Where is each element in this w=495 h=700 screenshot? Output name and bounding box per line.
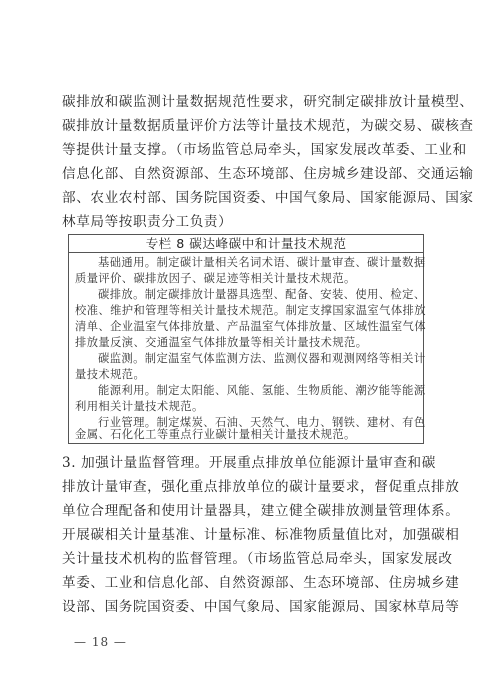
box-text-line: 排放量反演、交通温室气体排放量等相关计量技术规范。 xyxy=(75,336,420,350)
body-text-line: 部、农业农村部、国务院国资委、中国气象局、国家能源局、国家 xyxy=(62,190,434,206)
body-text-line: 碳排放计量数据质量评价方法等计量技术规范，为碳交易、碳核查 xyxy=(62,118,434,134)
box-text-line: 量技术规范。 xyxy=(75,368,420,382)
document-page: 碳排放和碳监测计量数据规范性要求，研究制定碳排放计量模型、 碳排放计量数据质量评… xyxy=(0,0,495,700)
box-text-line: 能源利用。制定太阳能、风能、氢能、生物质能、潮汐能等能源 xyxy=(75,384,443,398)
body-text-line: 等提供计量支撑。（市场监管总局牵头，国家发展改革委、工业和 xyxy=(62,142,434,158)
box-text-line: 碳监测。制定温室气体监测方法、监测仪器和观测网络等相关计 xyxy=(75,352,443,366)
box-text-line: 利用相关计量技术规范。 xyxy=(75,400,420,414)
box-text-line: 基础通用。制定碳计量相关名词术语、碳计量审查、碳计量数据 xyxy=(75,256,443,270)
body-text-line: 3. 加强计量监督管理。开展重点排放单位能源计量审查和碳 xyxy=(62,455,434,471)
box-text-line: 金属、石化化工等重点行业碳计量相关计量技术规范。 xyxy=(75,428,420,442)
body-text-line: 单位合理配备和使用计量器具，建立健全碳排放测量管理体系。 xyxy=(62,503,434,519)
sidebar-box-column-8: 专栏 8 碳达峰碳中和计量技术规范 基础通用。制定碳计量相关名词术语、碳计量审查… xyxy=(68,234,424,444)
box-text-line: 质量评价、碳排放因子、碳足迹等相关计量技术规范。 xyxy=(75,272,420,286)
box-text-line: 碳排放。制定碳排放计量器具选型、配备、安装、使用、检定、 xyxy=(75,288,443,302)
body-text-line: 革委、工业和信息化部、自然资源部、生态环境部、住房城乡建 xyxy=(62,575,434,591)
page-number: — 18 — xyxy=(74,635,127,649)
box-text-line: 清单、企业温室气体排放量、产品温室气体排放量、区域性温室气体 xyxy=(75,320,420,334)
box-text-line: 校准、维护和管理等相关计量技术规范。制定支撑国家温室气体排放 xyxy=(75,304,420,318)
body-text-line: 设部、国务院国资委、中国气象局、国家能源局、国家林草局等 xyxy=(62,599,434,615)
body-text-line: 开展碳相关计量基准、计量标准、标准物质量值比对，加强碳相 xyxy=(62,527,434,543)
body-text-line: 信息化部、自然资源部、生态环境部、住房城乡建设部、交通运输 xyxy=(62,166,434,182)
body-text-line: 林草局等按职责分工负责） xyxy=(62,214,434,230)
box-title: 专栏 8 碳达峰碳中和计量技术规范 xyxy=(69,235,423,253)
body-text-line: 关计量技术机构的监督管理。（市场监管总局牵头，国家发展改 xyxy=(62,551,434,567)
body-text-line: 碳排放和碳监测计量数据规范性要求，研究制定碳排放计量模型、 xyxy=(62,94,434,110)
body-text-line: 排放计量审查，强化重点排放单位的碳计量要求，督促重点排放 xyxy=(62,479,434,495)
